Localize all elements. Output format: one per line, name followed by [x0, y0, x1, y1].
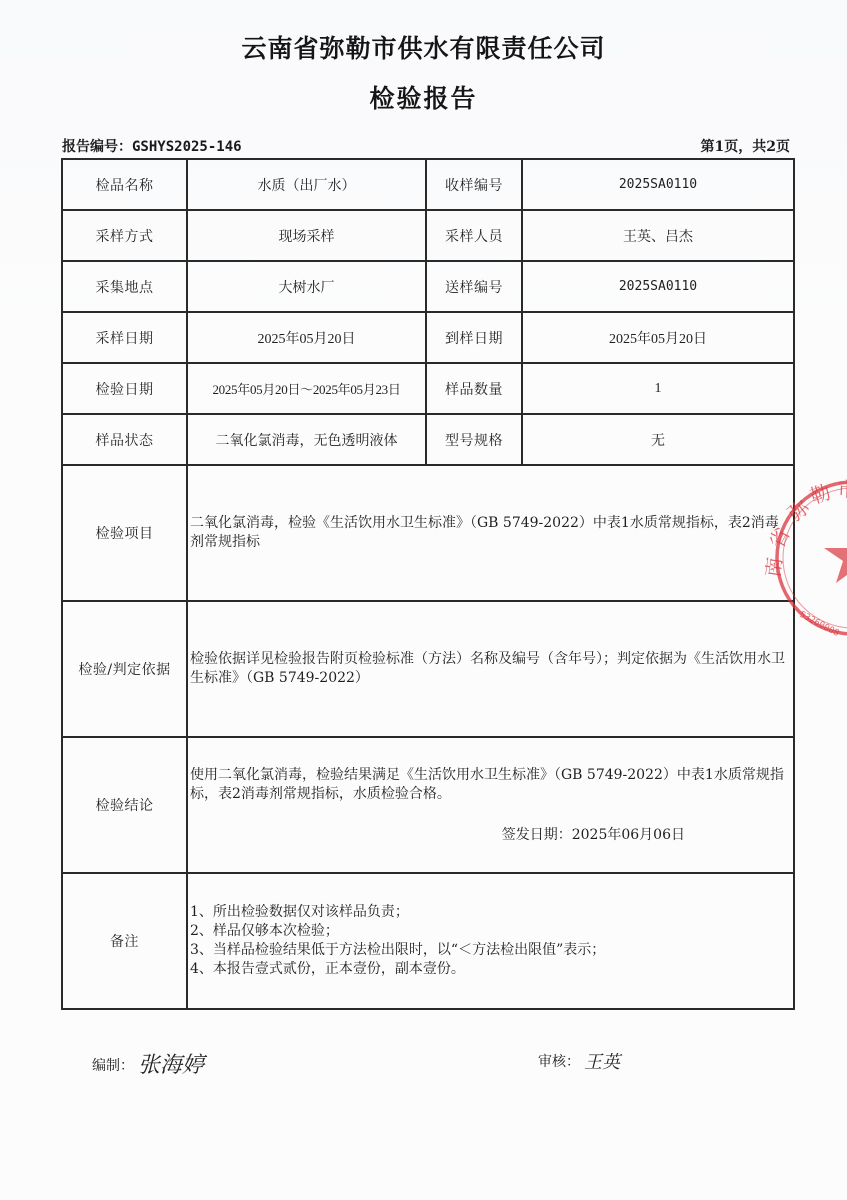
field-value: 2025年05月20日 [522, 312, 794, 363]
table-row-conclusion: 检验结论 使用二氧化氯消毒，检验结果满足《生活饮用水卫生标准》（GB 5749-… [62, 737, 794, 873]
field-value: 2025年05月20日 [187, 312, 426, 363]
reviewer-block: 审核：王英 [538, 1046, 620, 1072]
signature-footer: 编制：张海婷 审核：王英 [0, 1042, 847, 1082]
basis-label: 检验/判定依据 [62, 601, 187, 737]
conclusion-cell: 使用二氧化氯消毒，检验结果满足《生活饮用水卫生标准》（GB 5749-2022）… [187, 737, 794, 873]
field-label: 采样方式 [62, 210, 187, 261]
report-number-label: 报告编号： [62, 139, 132, 155]
company-title: 云南省弥勒市供水有限责任公司 [0, 29, 847, 65]
note-item: 3、当样品检验结果低于方法检出限时，以“＜方法检出限值”表示； [190, 941, 789, 960]
reviewer-label: 审核： [538, 1054, 580, 1070]
field-label: 样品状态 [62, 414, 187, 465]
note-item: 4、本报告壹式贰份，正本壹份，副本壹份。 [190, 960, 789, 979]
report-number-value: GSHYS2025-146 [132, 139, 242, 155]
report-title: 检验报告 [0, 79, 847, 115]
report-meta: 报告编号：GSHYS2025-146 第1页，共2页 [62, 136, 790, 156]
report-number: 报告编号：GSHYS2025-146 [62, 136, 242, 156]
field-value: 2025SA0110 [522, 261, 794, 312]
editor-label: 编制： [92, 1058, 134, 1074]
field-label: 送样编号 [426, 261, 522, 312]
table-row: 采集地点 大树水厂 送样编号 2025SA0110 [62, 261, 794, 312]
note-item: 1、所出检验数据仅对该样品负责； [190, 903, 789, 922]
field-label: 采样人员 [426, 210, 522, 261]
field-label: 到样日期 [426, 312, 522, 363]
test-items-label: 检验项目 [62, 465, 187, 601]
field-value: 2025SA0110 [522, 159, 794, 210]
field-label: 采集地点 [62, 261, 187, 312]
table-row: 采样日期 2025年05月20日 到样日期 2025年05月20日 [62, 312, 794, 363]
notes-cell: 1、所出检验数据仅对该样品负责； 2、样品仅够本次检验； 3、当样品检验结果低于… [187, 873, 794, 1009]
field-value: 现场采样 [187, 210, 426, 261]
notes-label: 备注 [62, 873, 187, 1009]
editor-signature: 张海婷 [138, 1053, 204, 1078]
table-row: 检品名称 水质（出厂水） 收样编号 2025SA0110 [62, 159, 794, 210]
test-items-text: 二氧化氯消毒，检验《生活饮用水卫生标准》（GB 5749-2022）中表1水质常… [187, 465, 794, 601]
editor-block: 编制：张海婷 [92, 1046, 204, 1077]
reviewer-signature: 王英 [584, 1052, 620, 1073]
table-row-notes: 备注 1、所出检验数据仅对该样品负责； 2、样品仅够本次检验； 3、当样品检验结… [62, 873, 794, 1009]
field-value: 大树水厂 [187, 261, 426, 312]
field-label: 采样日期 [62, 312, 187, 363]
field-value: 无 [522, 414, 794, 465]
field-label: 样品数量 [426, 363, 522, 414]
field-value: 王英、吕杰 [522, 210, 794, 261]
conclusion-label: 检验结论 [62, 737, 187, 873]
table-row: 检验日期 2025年05月20日～2025年05月23日 样品数量 1 [62, 363, 794, 414]
note-item: 2、样品仅够本次检验； [190, 922, 789, 941]
field-label: 收样编号 [426, 159, 522, 210]
field-value: 二氧化氯消毒，无色透明液体 [187, 414, 426, 465]
issue-date: 签发日期：2025年06月06日 [190, 826, 789, 845]
field-value: 1 [522, 363, 794, 414]
table-row-test-items: 检验项目 二氧化氯消毒，检验《生活饮用水卫生标准》（GB 5749-2022）中… [62, 465, 794, 601]
table-row-basis: 检验/判定依据 检验依据详见检验报告附页检验标准（方法）名称及编号（含年号）；判… [62, 601, 794, 737]
basis-text: 检验依据详见检验报告附页检验标准（方法）名称及编号（含年号）；判定依据为《生活饮… [187, 601, 794, 737]
report-table: 检品名称 水质（出厂水） 收样编号 2025SA0110 采样方式 现场采样 采… [61, 158, 795, 1010]
field-label: 型号规格 [426, 414, 522, 465]
page-info: 第1页，共2页 [701, 136, 790, 156]
field-value: 2025年05月20日～2025年05月23日 [187, 363, 426, 414]
field-label: 检品名称 [62, 159, 187, 210]
field-value: 水质（出厂水） [187, 159, 426, 210]
field-label: 检验日期 [62, 363, 187, 414]
conclusion-text: 使用二氧化氯消毒，检验结果满足《生活饮用水卫生标准》（GB 5749-2022）… [190, 766, 789, 804]
table-row: 采样方式 现场采样 采样人员 王英、吕杰 [62, 210, 794, 261]
table-row: 样品状态 二氧化氯消毒，无色透明液体 型号规格 无 [62, 414, 794, 465]
